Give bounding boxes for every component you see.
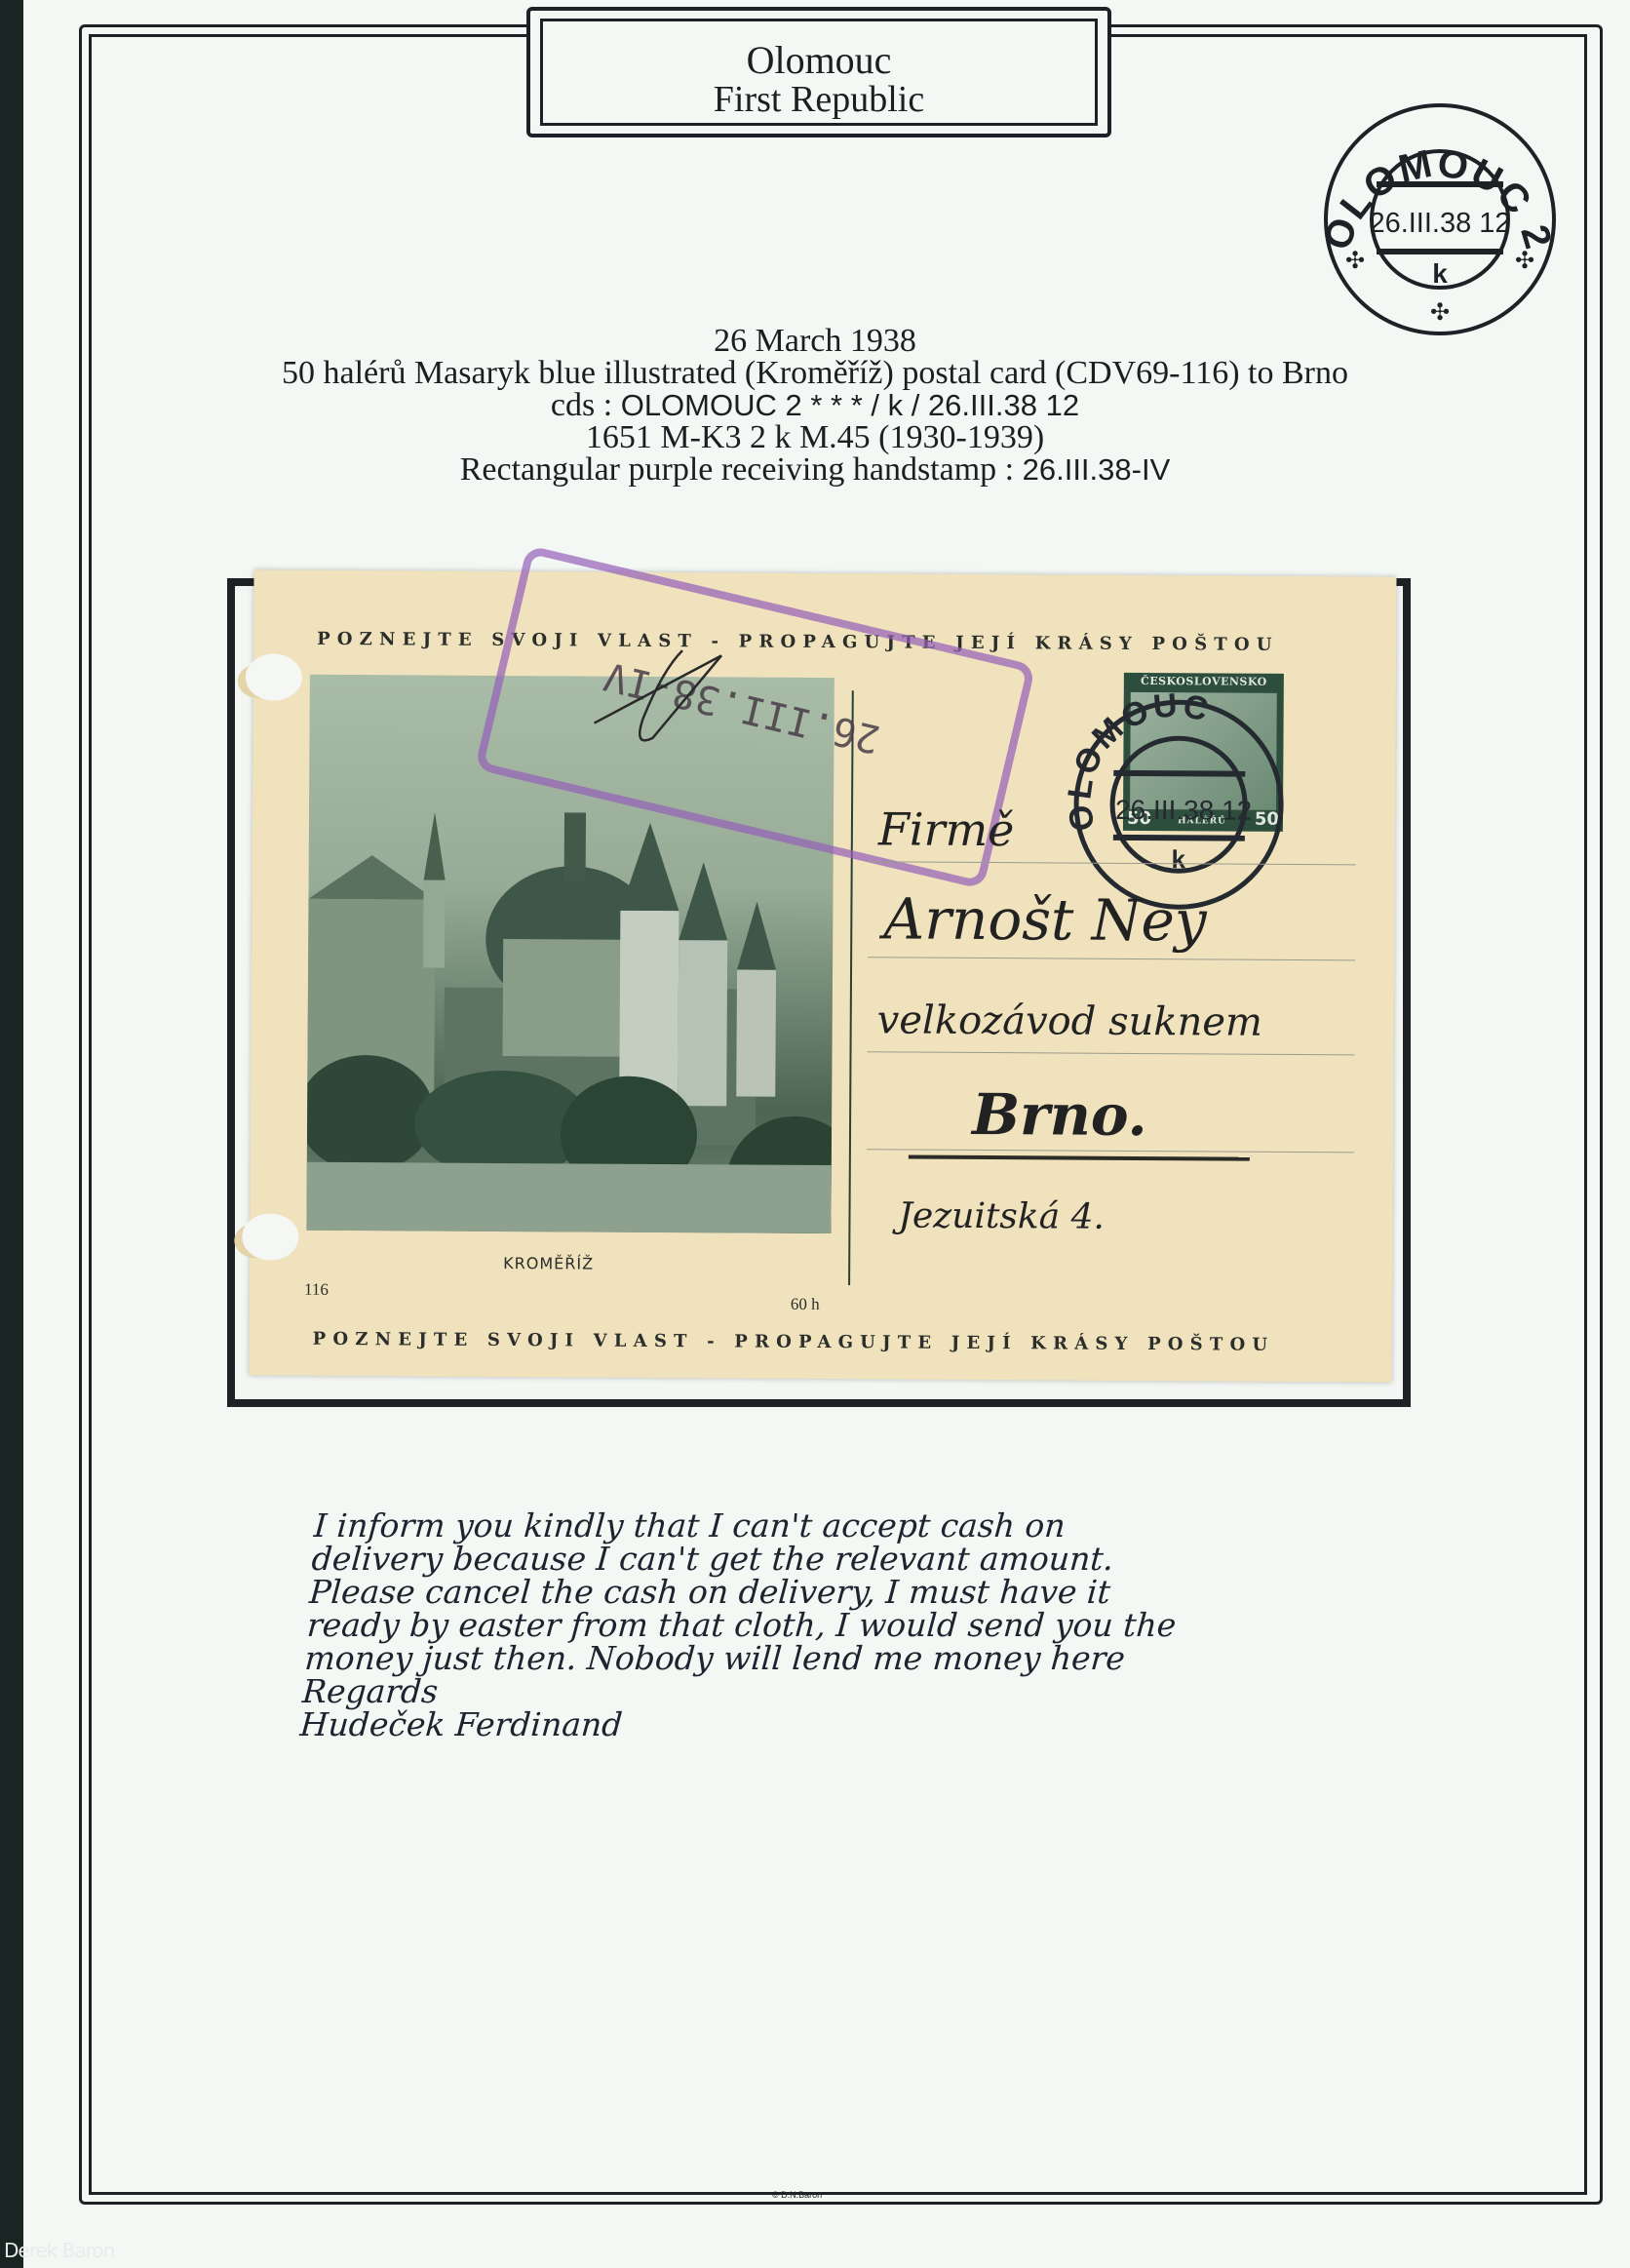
copyright: © D.N.Baron [772, 2190, 822, 2200]
picture-price: 60 h [791, 1295, 820, 1314]
picture-number: 116 [304, 1280, 329, 1300]
hinge-hole-top [246, 653, 302, 700]
picture-caption: KROMĚŘÍŽ [503, 1254, 594, 1273]
page-title: Olomouc [543, 41, 1095, 80]
address-street: Jezuitská 4. [898, 1195, 1105, 1236]
card-postmark: OLOMOUC 26.III.38 12 k [1066, 692, 1291, 918]
item-description: 26 March 1938 50 halérů Masaryk blue ill… [146, 325, 1484, 486]
page-title-box: Olomouc First Republic [526, 7, 1111, 137]
scan-edge [0, 0, 23, 2268]
translation-line: delivery because I can't get the relevan… [311, 1543, 1337, 1576]
svg-text:26.III.38 12: 26.III.38 12 [1115, 795, 1252, 826]
receiving-line: Rectangular purple receiving handstamp :… [146, 453, 1484, 486]
svg-text:k: k [1432, 258, 1448, 289]
svg-text:26.III.38 12: 26.III.38 12 [1369, 208, 1510, 239]
svg-text:k: k [1171, 844, 1185, 874]
item-date: 26 March 1938 [146, 325, 1484, 357]
translation-line: Regards [301, 1675, 1327, 1708]
svg-text:✣: ✣ [1430, 300, 1450, 326]
signature-scribble [584, 641, 741, 749]
translation-signature: Hudeček Ferdinand [299, 1708, 1325, 1741]
page-subtitle: First Republic [543, 80, 1095, 119]
svg-text:✣: ✣ [1345, 249, 1365, 274]
postal-card: POZNEJTE SVOJI VLAST - PROPAGUJTE JEJÍ K… [249, 569, 1396, 1382]
postmark-illustration: OLOMOUC 2 26.III.38 12 k ✣ ✣ ✣ [1318, 98, 1562, 341]
hinge-hole-bottom [242, 1213, 298, 1260]
city-underline [909, 1155, 1250, 1161]
type-line: 1651 M-K3 2 k M.45 (1930-1939) [146, 421, 1484, 453]
svg-text:✣: ✣ [1515, 249, 1534, 274]
address-line-1: Firmě [878, 802, 1015, 856]
address-line-3: velkozávod suknem [877, 997, 1262, 1044]
card-slogan-bottom: POZNEJTE SVOJI VLAST - PROPAGUJTE JEJÍ K… [313, 1329, 1275, 1355]
translation-line: I inform you kindly that I can't accept … [313, 1509, 1339, 1543]
watermark: Derek Baron [4, 2239, 114, 2262]
translation-line: money just then. Nobody will lend me mon… [303, 1642, 1329, 1675]
address-city: Brno. [972, 1081, 1147, 1149]
address-line-2: Arnošt Ney [883, 885, 1207, 954]
cds-line: cds : OLOMOUC 2 * * * / k / 26.III.38 12 [146, 389, 1484, 421]
translation-line: ready by easter from that cloth, I would… [306, 1609, 1332, 1642]
message-translation: I inform you kindly that I can't accept … [299, 1509, 1339, 1741]
translation-line: Please cancel the cash on delivery, I mu… [308, 1576, 1334, 1609]
item-title: 50 halérů Masaryk blue illustrated (Krom… [146, 357, 1484, 389]
